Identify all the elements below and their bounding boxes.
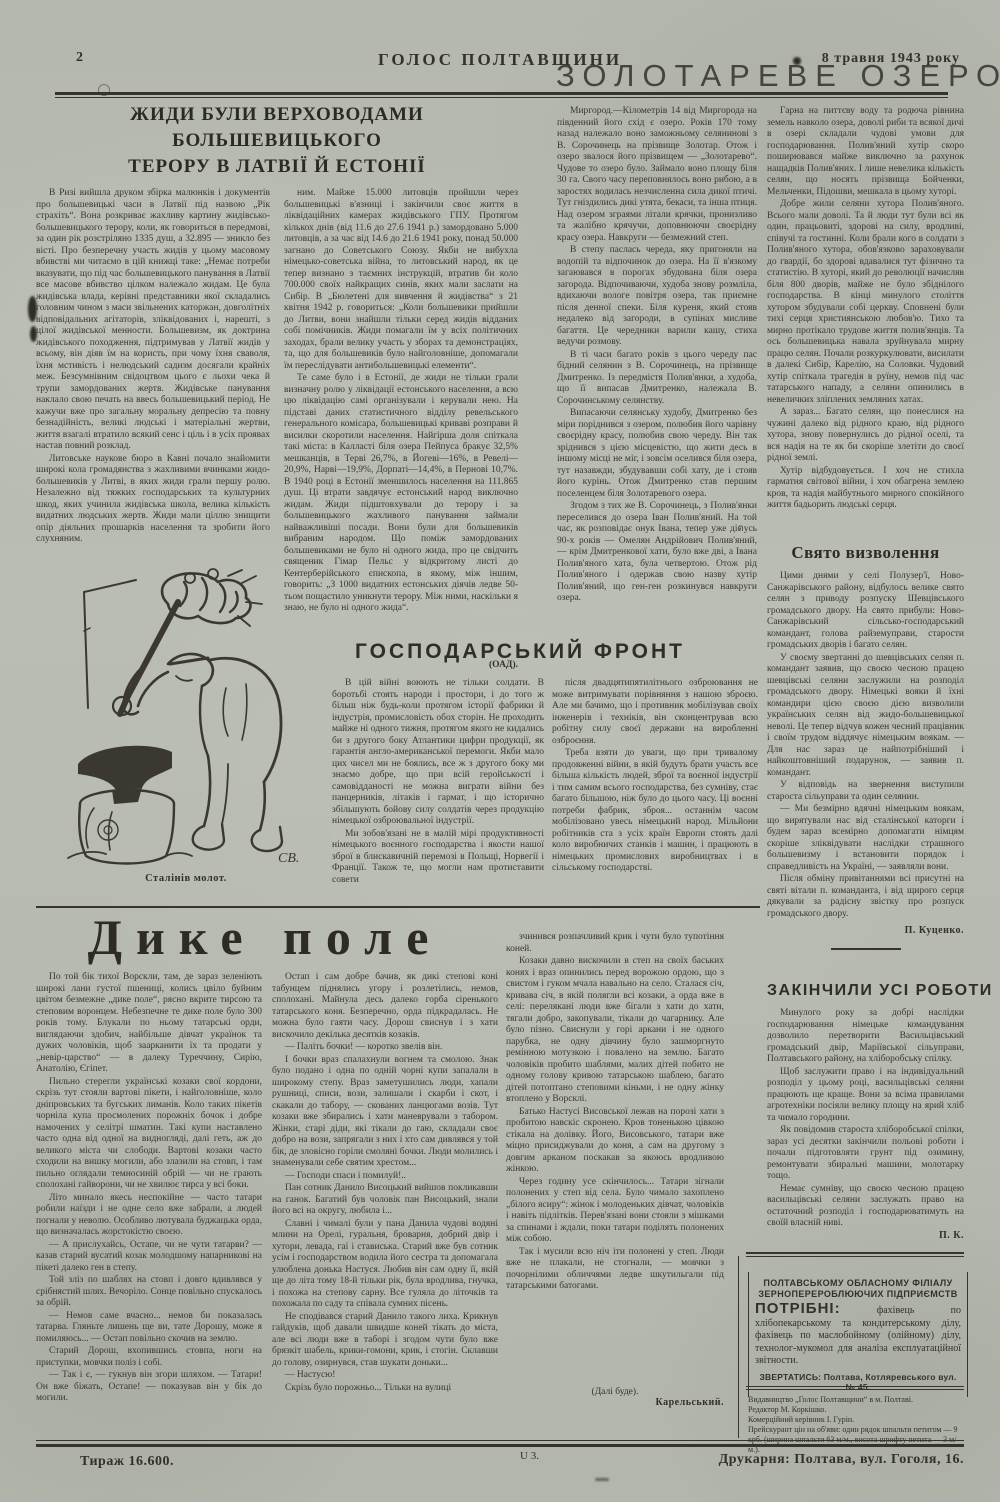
paragraph: Пан сотник Данило Висоцький вийшов покли…: [272, 1183, 498, 1218]
body-column: По той бік тихої Ворскли, там, де зараз …: [36, 972, 262, 1436]
section-rule: [746, 1252, 964, 1254]
headline-zolotareve-ozero: ЗОЛОТАРЕВЕ ОЗЕРО: [556, 58, 966, 94]
paragraph: Треба взяти до уваги, що при тривалому п…: [552, 748, 758, 875]
paragraph: Остап і сам добре бачив, як дикі степові…: [272, 972, 498, 1041]
paragraph: Хутір відбудовується. І хоч не стихла га…: [767, 466, 964, 512]
paragraph: Скрізь було порожньо... Тільки на вулиці: [272, 1383, 498, 1395]
paragraph: Після обміну привітаннями всі присутні н…: [767, 874, 964, 920]
paragraph: — Настусю!: [272, 1370, 498, 1382]
paragraph: Минулого року за добрі наслідки господар…: [767, 1008, 964, 1066]
paragraph: Ми зобов'язані не в малій мірі продуктив…: [332, 829, 544, 887]
paragraph: У своєму звертанні до шевцівських селян …: [767, 653, 964, 780]
print-artifact: [595, 1478, 609, 1481]
circulation: Тираж 16.600.: [80, 1454, 174, 1470]
paragraph: ним. Майже 15.000 литовців пройшли через…: [284, 188, 518, 372]
woodcut-cartoon: СВ.: [50, 568, 322, 868]
paragraph: В ті часи багато років з цього череду па…: [557, 350, 757, 408]
paragraph: Згодом з тих же В. Сорочинець, з Полив'я…: [557, 501, 757, 605]
body-column: зчинився розпачливий крик і чути було ту…: [506, 932, 724, 1408]
paragraph: Не сподівався старий Данило такого лиха.…: [272, 1312, 498, 1370]
paragraph: Славні і чималі були у пана Данила чудов…: [272, 1219, 498, 1311]
paragraph: Гарна на питтєву воду та родюча рівнина …: [767, 106, 964, 198]
paragraph: — Паліть бочки! — коротко звелів він.: [272, 1042, 498, 1054]
advert-body: ПОТРІБНІ: фахівець по хлібопекарському т…: [755, 1303, 961, 1368]
newspaper-page: 2 ГОЛОС ПОЛТАВЩИНИ 8 травня 1943 року ЖИ…: [0, 0, 1000, 1502]
paragraph: — А прислухайсь, Остапе, чи не чути тата…: [36, 1240, 262, 1275]
press-mark: U 3.: [520, 1450, 539, 1462]
artist-signature: СВ.: [278, 851, 299, 866]
imprint-line: Комерційний керівник І. Гурін.: [748, 1415, 962, 1425]
paragraph: Пильно стерегли українські козаки свої к…: [36, 1077, 262, 1192]
paragraph: У відповідь на звернення виступили старо…: [767, 780, 964, 803]
paragraph: після двадцятипятилітнього озброювання н…: [552, 678, 758, 747]
paragraph: зчинився розпачливий крик і чути було ту…: [506, 932, 724, 955]
paragraph: — Немов саме вчасно... немов би показала…: [36, 1311, 262, 1346]
paragraph: Козаки давно вискочили в степ на своїх б…: [506, 956, 724, 1106]
article-liberation-feast: Свято визволення Цими днями у селі Полуз…: [767, 543, 964, 950]
body-column: Миргород.—Кілометрів 14 від Миргорода на…: [557, 106, 757, 618]
paragraph: Так і мусили всю ніч іти полонені у степ…: [506, 1247, 724, 1293]
paragraph: Через годину усе скінчилось... Татари зі…: [506, 1177, 724, 1246]
paragraph: Старий Дорош, вхопившись стовпа, ноги на…: [36, 1346, 262, 1369]
section-rule: [746, 1256, 964, 1257]
byline: П. К.: [767, 1230, 964, 1241]
paragraph: Як повідомив староста хліборобської спіл…: [767, 1125, 964, 1183]
advert-line1: ПОЛТАВСЬКОМУ ОБЛАСНОМУ ФІЛІАЛУ: [755, 1278, 961, 1289]
body-column: після двадцятипятилітнього озброювання н…: [552, 678, 758, 902]
body-column: В цій війні воюють не тільки солдати. В …: [332, 678, 544, 902]
paragraph: А зараз... Багато селян, що понеслися на…: [767, 407, 964, 465]
imprint-line: Редактор М. Коркішко.: [748, 1405, 962, 1415]
author-byline: Карельський.: [506, 1397, 724, 1408]
paragraph: Щоб заслужити право і на індивідуальний …: [767, 1067, 964, 1125]
body-column: Остап і сам добре бачив, як дикі степові…: [272, 972, 498, 1436]
header-rule-thin: [55, 97, 948, 98]
headline-economic-front: ГОСПОДАРСЬКИЙ ФРОНТ: [340, 640, 700, 664]
paragraph: В степу паслась череда, яку пригоняли на…: [557, 245, 757, 349]
headline: Свято визволення: [767, 543, 964, 563]
headline: ЗАКІНЧИЛИ УСІ РОБОТИ: [767, 982, 964, 1000]
headline-line1: ЖИДИ БУЛИ ВЕРХОВОДАМИ БОЛЬШЕВИЦЬКОГО: [36, 102, 518, 154]
body-column: Цими днями у селі Полузер'ї, Ново-Санжар…: [767, 571, 964, 923]
advert-needed-label: ПОТРІБНІ:: [755, 1300, 841, 1317]
paragraph: — Так і є, — гукнув він згори шляхом. — …: [36, 1370, 262, 1405]
paragraph: В Ризі вийшла друком збірка малюнків і д…: [36, 188, 270, 453]
body-column: Гарна на питтєву воду та родюча рівнина …: [767, 106, 964, 536]
paragraph: Немає сумніву, що своєю чесною працею ва…: [767, 1184, 964, 1230]
section-rule: [746, 1386, 964, 1387]
section-rule: [831, 948, 901, 950]
paragraph: — Господи спаси і помилуй!..: [272, 1171, 498, 1183]
advert-box: ПОЛТАВСЬКОМУ ОБЛАСНОМУ ФІЛІАЛУ ЗЕРНОПЕРЕ…: [748, 1272, 968, 1397]
headline: ЖИДИ БУЛИ ВЕРХОВОДАМИ БОЛЬШЕВИЦЬКОГО ТЕР…: [36, 102, 518, 180]
advert-addressee: ПОЛТАВСЬКОМУ ОБЛАСНОМУ ФІЛІАЛУ ЗЕРНОПЕРЕ…: [755, 1278, 961, 1300]
imprint-line: Видавництво „Голос Полтавщини“ в м. Полт…: [748, 1395, 962, 1405]
article-finished-works: ЗАКІНЧИЛИ УСІ РОБОТИ Минулого року за до…: [767, 982, 964, 1241]
column-separator: [738, 1256, 739, 1438]
paragraph: Випасаючи селянську худобу, Дмитренко бе…: [557, 408, 757, 500]
byline: П. Куценко.: [767, 925, 964, 936]
headline-line2: ТЕРОРУ В ЛАТВІЇ Й ЕСТОНІЇ: [36, 154, 518, 180]
paragraph: Літо минало якесь неспокійне — часто тат…: [36, 1193, 262, 1239]
section-rule: [746, 1389, 964, 1390]
advert-line2: ЗЕРНОПЕРЕРОБЛЮЮЧИХ ПІДПРИЄМСТВ: [755, 1289, 961, 1300]
paragraph: По той бік тихої Ворскли, там, де зараз …: [36, 972, 262, 1076]
body-column: Минулого року за добрі наслідки господар…: [767, 1008, 964, 1230]
paragraph: В цій війні воюють не тільки солдати. В …: [332, 678, 544, 828]
paragraph: Батько Настусі Висовської лежав на пороз…: [506, 1107, 724, 1176]
illustration-caption: Сталінів молот.: [50, 873, 322, 884]
footer-rule-thick: [36, 1444, 964, 1447]
serial-title-dyke-pole: Дике поле: [40, 908, 490, 966]
paragraph: Миргород.—Кілометрів 14 від Миргорода на…: [557, 106, 757, 244]
footer-rule-thin: [36, 1440, 964, 1441]
paragraph: Добре жили селяни хутора Полив'яного. Вс…: [767, 199, 964, 406]
printer-line: Друкарня: Полтава, вул. Гоголя, 16.: [620, 1452, 964, 1468]
illustration-stalin-hammer: СВ. Сталінів молот.: [50, 568, 322, 890]
paragraph: Цими днями у селі Полузер'ї, Ново-Санжар…: [767, 571, 964, 652]
to-be-continued: (Далі буде).: [506, 1387, 724, 1397]
paragraph: — Ми безмірно вдячні німецьким воякам, щ…: [767, 804, 964, 873]
paragraph: Той зліз по шаблях на стовп і довго вдив…: [36, 1275, 262, 1310]
paragraph: І бочки враз спалахнули вогнем та смолою…: [272, 1055, 498, 1170]
column-text: зчинився розпачливий крик і чути було ту…: [506, 932, 724, 1384]
paragraph: Литовське наукове бюро в Кавні почало зн…: [36, 454, 270, 546]
